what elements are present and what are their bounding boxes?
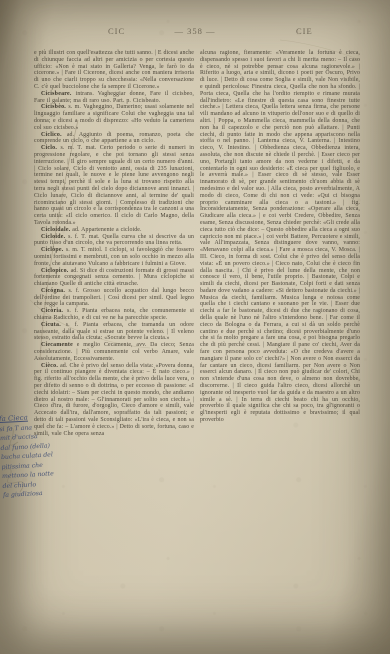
headword: Cicuta.: [41, 322, 61, 328]
scanned-dictionary-page: { "header": { "left": "CIC", "center": "…: [0, 0, 390, 654]
entry-cicoria: Cicòria. s. f. Pianta erbacea nota, che …: [34, 308, 194, 322]
entry-ciclico: Ciclico. ad. Aggiunto di poema, romanzo,…: [34, 132, 194, 146]
headword: Cicloide.: [41, 234, 65, 240]
page-number: — 358 —: [0, 26, 390, 36]
entry-continuation: e più illustri con quell'esattezza che t…: [34, 50, 194, 91]
entry-cicuta: Cicuta. s. f. Pianta erbacea, che traman…: [34, 322, 194, 342]
entry-cicisbeo: Cicisbèo. s. m. Vagheggino, Damerino; us…: [34, 104, 194, 131]
entry-ciclopico: Ciclopico. ad. Si dice di costruzioni fo…: [34, 268, 194, 288]
entry-ciclo: Ciclo. s. m. T. mat. Certo periodo o ser…: [34, 145, 194, 227]
handwritten-annotation: fa Cieca si fa T ana mit d'uccisa dal fu…: [0, 413, 43, 500]
headword: Cicloidale.: [41, 227, 70, 233]
headword: Cicisbèo.: [41, 104, 66, 110]
headword: Cicisbeare.: [41, 91, 72, 97]
entry-cicloidale: Cicloidale. ad. Appartenente a cicloide.: [34, 227, 194, 234]
text-column-left: e più illustri con quell'esattezza che t…: [34, 50, 194, 437]
headword: Ciclo.: [41, 145, 57, 151]
headword: Ciclico.: [41, 132, 62, 138]
entry-cicogna: Cicógna. s. f. Grosso uccello acquatico …: [34, 288, 194, 308]
entry-ciecamente: Ciecamente e meglio Cecamente, avv. Da c…: [34, 342, 194, 362]
entry-ciclope: Ciclòpe. s. m. T. mitol. I ciclopi, si f…: [34, 247, 194, 267]
headword: Ciclopico.: [41, 268, 69, 274]
headword: Cicòria.: [41, 308, 63, 314]
headword: Cicógna.: [41, 288, 65, 294]
text-column-right: alcuna ragione, fieramente: «Veramente l…: [200, 50, 360, 424]
headword: Cièco.: [41, 363, 58, 369]
entry-cicisbeare: Cicisbeare. intrans. Vagheggiar donne, F…: [34, 91, 194, 105]
running-header: CIC — 358 — CIE: [0, 26, 390, 38]
entry-cieco: Cièco. ad. Che è privo del senso della v…: [34, 363, 194, 438]
headword: Ciclòpe.: [41, 247, 63, 253]
header-keyword-right: CIE: [296, 26, 313, 36]
entry-cieco-continuation: alcuna ragione, fieramente: «Veramente l…: [200, 50, 360, 424]
entry-cicloide: Cicloide. s. f. T. mat. Quella curva che…: [34, 234, 194, 248]
headword: Ciecamente: [41, 342, 73, 348]
